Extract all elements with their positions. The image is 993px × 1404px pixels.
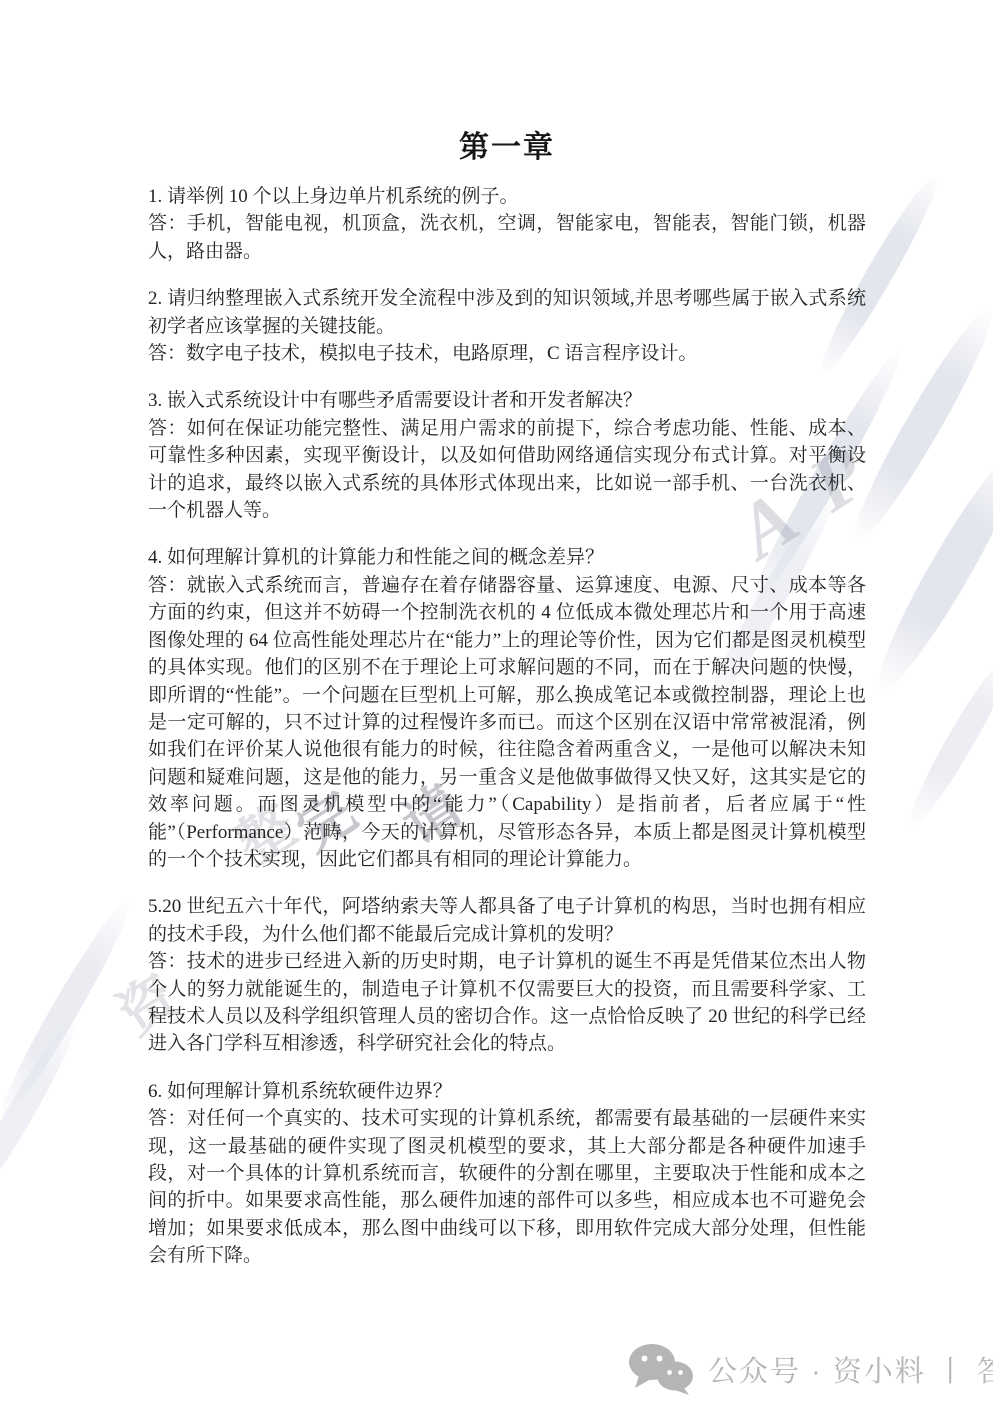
answer-text: 答：技术的进步已经进入新的历史时期，电子计算机的诞生不再是凭借某位杰出人物个人的… bbox=[148, 948, 866, 1058]
question-text: 6. 如何理解计算机系统软硬件边界？ bbox=[148, 1078, 866, 1105]
question-text: 5.20 世纪五六十年代，阿塔纳索夫等人都具备了电子计算机的构思，当时也拥有相应… bbox=[148, 893, 866, 948]
answer-text: 答：对任何一个真实的、技术可实现的计算机系统，都需要有最基础的一层硬件来实现，这… bbox=[148, 1105, 866, 1269]
answer-text: 答：手机，智能电视，机顶盒，洗衣机，空调，智能家电，智能表，智能门锁，机器人，路… bbox=[148, 210, 866, 265]
document-content: 第一章 1. 请举例 10 个以上身边单片机系统的例子。 答：手机，智能电视，机… bbox=[148, 122, 866, 1290]
scan-streak bbox=[0, 891, 141, 1129]
footer-label: 公众号 · 资小料 丨 答案 bbox=[708, 1349, 993, 1390]
scan-streak bbox=[0, 1009, 88, 1221]
wechat-icon bbox=[628, 1343, 694, 1395]
qa-block-5: 5.20 世纪五六十年代，阿塔纳索夫等人都具备了电子计算机的构思，当时也拥有相应… bbox=[148, 893, 866, 1057]
qa-block-2: 2. 请归纳整理嵌入式系统开发全流程中涉及到的知识领域,并思考哪些属于嵌入式系统… bbox=[148, 285, 866, 367]
qa-block-1: 1. 请举例 10 个以上身边单片机系统的例子。 答：手机，智能电视，机顶盒，洗… bbox=[148, 183, 866, 265]
qa-block-6: 6. 如何理解计算机系统软硬件边界？ 答：对任何一个真实的、技术可实现的计算机系… bbox=[148, 1078, 866, 1270]
answer-text: 答：数字电子技术，模拟电子技术，电路原理，C 语言程序设计。 bbox=[148, 340, 866, 367]
question-text: 2. 请归纳整理嵌入式系统开发全流程中涉及到的知识领域,并思考哪些属于嵌入式系统… bbox=[148, 285, 866, 340]
question-text: 3. 嵌入式系统设计中有哪些矛盾需要设计者和开发者解决？ bbox=[148, 387, 866, 414]
scan-streak bbox=[863, 439, 993, 701]
footer-badge: 公众号 · 资小料 丨 答案 bbox=[628, 1342, 993, 1396]
chapter-title: 第一章 bbox=[148, 122, 866, 166]
question-text: 4. 如何理解计算机的计算能力和性能之间的概念差异？ bbox=[148, 544, 866, 571]
question-text: 1. 请举例 10 个以上身边单片机系统的例子。 bbox=[148, 183, 866, 210]
document-page: { "page": { "title": "第一章" }, "qa": [ { … bbox=[0, 0, 993, 1404]
qa-block-3: 3. 嵌入式系统设计中有哪些矛盾需要设计者和开发者解决？ 答：如何在保证功能完整… bbox=[148, 387, 866, 524]
answer-text: 答：就嵌入式系统而言，普遍存在着存储器容量、运算速度、电源、尺寸、成本等各方面的… bbox=[148, 572, 866, 873]
scan-streak bbox=[900, 647, 993, 833]
qa-block-4: 4. 如何理解计算机的计算能力和性能之间的概念差异？ 答：就嵌入式系统而言，普遍… bbox=[148, 544, 866, 873]
answer-text: 答：如何在保证功能完整性、满足用户需求的前提下，综合考虑功能、性能、成本、可靠性… bbox=[148, 415, 866, 525]
